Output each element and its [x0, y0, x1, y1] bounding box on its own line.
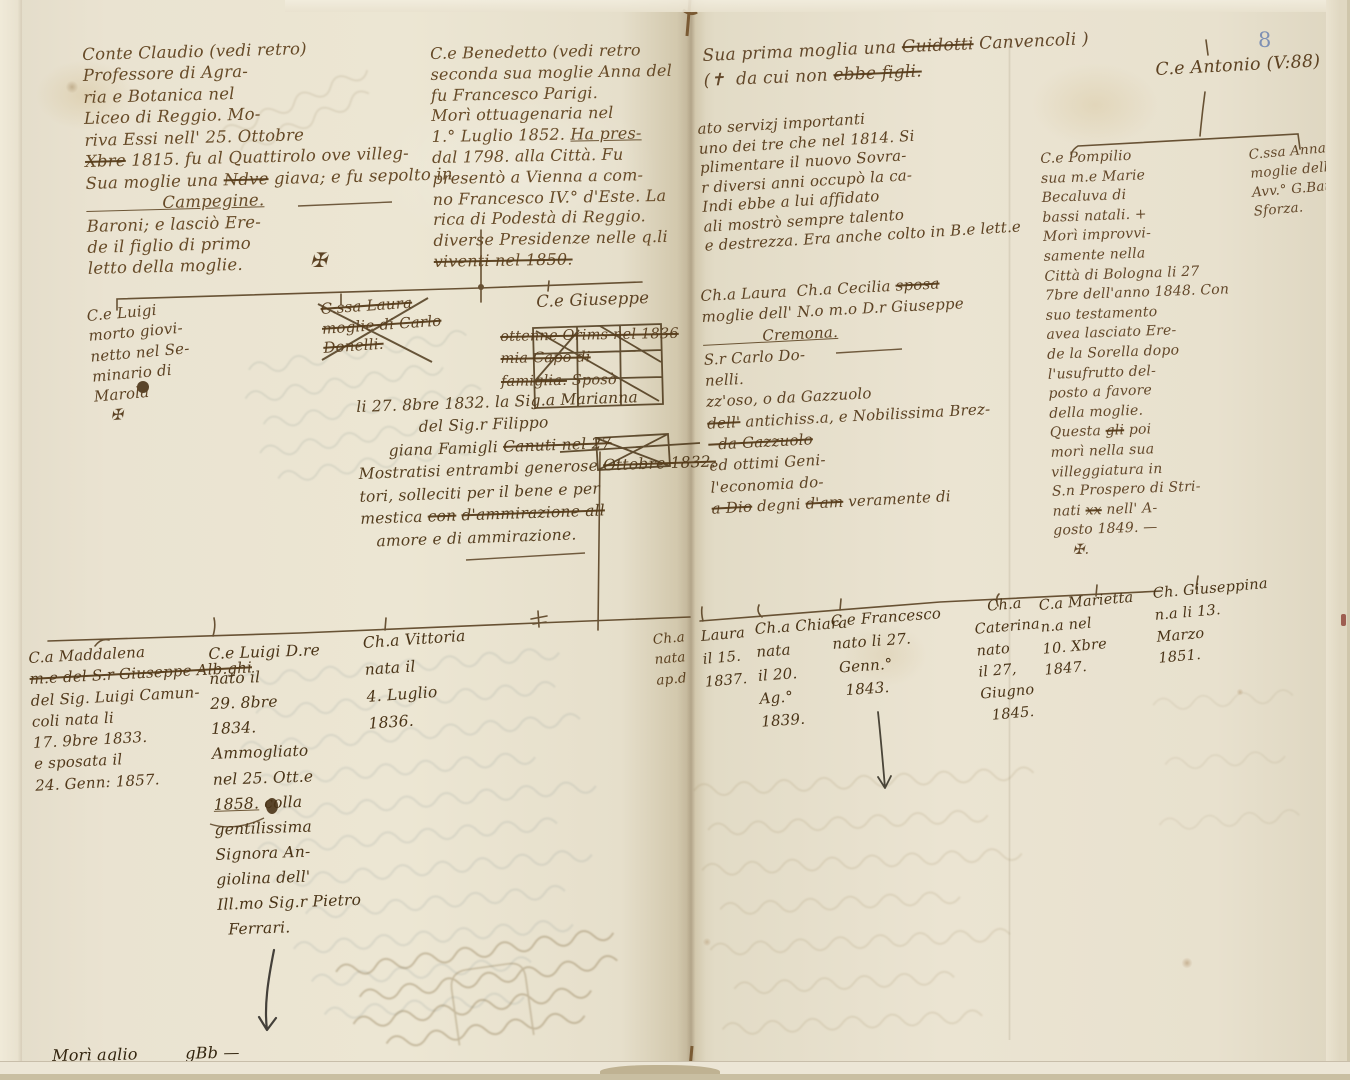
entry-laura-1837-left: Ch.anataap.d: [652, 627, 689, 690]
page-number: 8: [1258, 28, 1272, 52]
entry-caterina-1845: Ch.aCaterinanatoil 27,Giugno 1845.: [972, 592, 1048, 728]
entry-luigi-1834: C.e Luigi D.renato il29. 8bre1834.Ammogl…: [208, 637, 362, 943]
entry-marianna-marriage: li 27. 8bre 1832. la Sig.a Marianna del …: [356, 384, 719, 554]
red-ink-speck: [1341, 614, 1346, 626]
page-edge-bottom-outer: [0, 1074, 1350, 1080]
entry-marietta-1847: C.a Mariettan.a nel10. Xbre1847.: [1038, 588, 1140, 683]
entry-conte-giuseppe: C.e Giuseppe: [536, 288, 650, 311]
entry-laura-cecilia: Ch.a Laura Ch.a Cecilia sposamoglie dell…: [700, 271, 995, 520]
note-servizi-importanti: ato servizj importantiuno dei tre che ne…: [697, 101, 1022, 257]
page-edge-left: [0, 0, 22, 1080]
entry-conte-benedetto: C.e Benedetto (vedi retroseconda sua mog…: [430, 40, 675, 273]
entry-laura-donelli-struck: C.ssa Lauramoglie di CarloDonelli.: [320, 292, 443, 359]
page-edge-top: [285, 0, 1350, 12]
entry-vittoria-1836: Ch.a Vittorianata il4. Luglio1836.: [362, 623, 472, 738]
entry-giuseppe-struck-lines: ottenne Orims nel 1836mia Capo difamigli…: [500, 323, 680, 394]
entry-conte-claudio: Conte Claudio (vedi retro)Professore di …: [82, 34, 455, 279]
entry-francesco-1843: C.e Francesconato li 27. Genn.° 1843.: [830, 602, 947, 702]
entry-giuseppina-1851: Ch. Giuseppinan.a li 13.Marzo1851.: [1152, 574, 1274, 671]
manuscript-scan: 8 1 Conte Claudio (vedi retro)Professore…: [0, 0, 1350, 1080]
page-edge-right: [1326, 0, 1350, 1080]
cross-flourish-claudio: ✠: [310, 248, 327, 272]
entry-conte-pompilio: C.e Pompiliosua m.e MarieBecaluva dibass…: [1040, 144, 1238, 562]
entry-luigi-marola: C.e Luigimorto giovi-netto nel Se-minari…: [86, 297, 196, 427]
entry-laura-1837-right: Laurail 15.1837.: [700, 622, 750, 695]
